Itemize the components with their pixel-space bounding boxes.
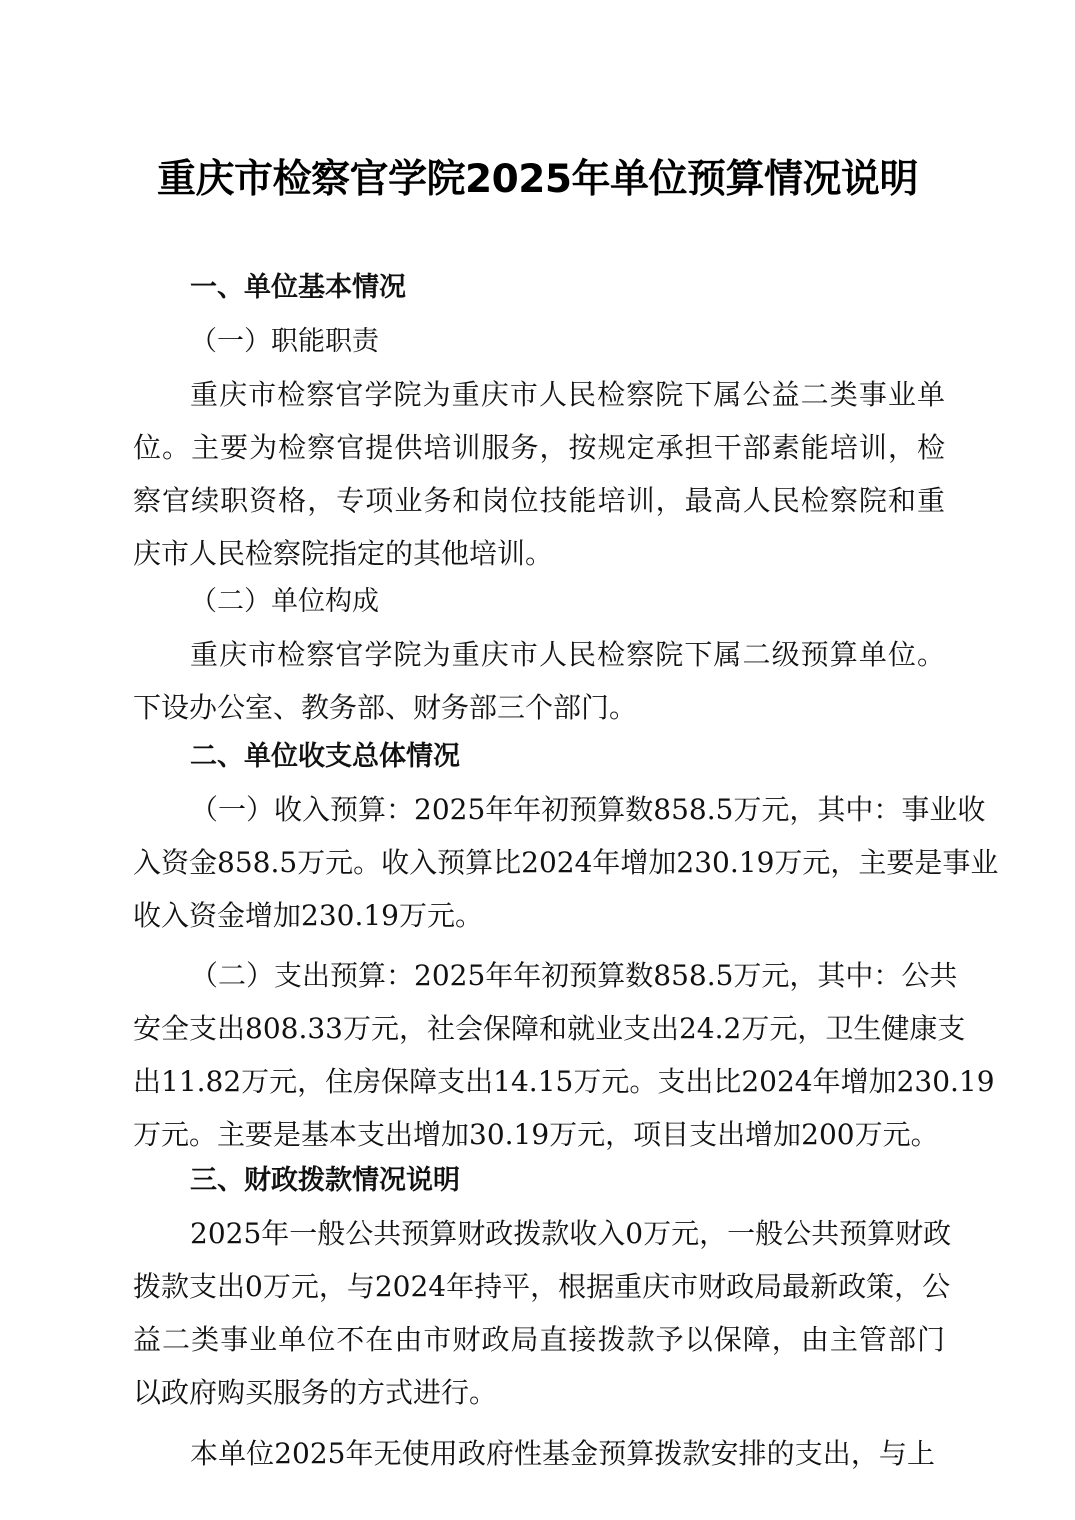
paragraph-line: 重庆市检察官学院为重庆市人民检察院下属二级预算单位。	[190, 635, 945, 675]
paragraph-line: 察官续职资格，专项业务和岗位技能培训，最高人民检察院和重	[133, 481, 945, 521]
paragraph-line: 下设办公室、教务部、财务部三个部门。	[133, 688, 945, 728]
paragraph-line: 2025年一般公共预算财政拨款收入0万元，一般公共预算财政	[190, 1214, 945, 1254]
subsection-heading-1-2: （二）单位构成	[190, 582, 379, 622]
section-heading-1: 一、单位基本情况	[190, 268, 406, 308]
paragraph-line: 入资金858.5万元。收入预算比2024年增加230.19万元，主要是事业	[133, 843, 965, 883]
subsection-heading-1-1: （一）职能职责	[190, 322, 379, 362]
paragraph-line: 万元。主要是基本支出增加30.19万元，项目支出增加200万元。	[133, 1115, 918, 1155]
section-heading-3: 三、财政拨款情况说明	[190, 1161, 460, 1201]
paragraph-line: （一）收入预算：2025年年初预算数858.5万元，其中：事业收	[190, 790, 965, 830]
paragraph-line: 本单位2025年无使用政府性基金预算拨款安排的支出，与上	[190, 1434, 935, 1474]
paragraph-line: 位。主要为检察官提供培训服务，按规定承担干部素能培训，检	[133, 428, 945, 468]
paragraph-line: 益二类事业单位不在由市财政局直接拨款予以保障，由主管部门	[133, 1320, 945, 1360]
document-title: 重庆市检察官学院2025年单位预算情况说明	[0, 148, 1075, 204]
paragraph-line: （二）支出预算：2025年年初预算数858.5万元，其中：公共	[190, 956, 945, 996]
paragraph-line: 收入资金增加230.19万元。	[133, 896, 945, 936]
paragraph-line: 出11.82万元，住房保障支出14.15万元。支出比2024年增加230.19	[133, 1062, 945, 1102]
section-heading-2: 二、单位收支总体情况	[190, 737, 460, 777]
paragraph-line: 以政府购买服务的方式进行。	[133, 1373, 945, 1413]
paragraph-line: 安全支出808.33万元，社会保障和就业支出24.2万元，卫生健康支	[133, 1009, 945, 1049]
paragraph-line: 拨款支出0万元，与2024年持平，根据重庆市财政局最新政策，公	[133, 1267, 945, 1307]
paragraph-line: 重庆市检察官学院为重庆市人民检察院下属公益二类事业单	[190, 375, 945, 415]
paragraph-line: 庆市人民检察院指定的其他培训。	[133, 534, 945, 574]
